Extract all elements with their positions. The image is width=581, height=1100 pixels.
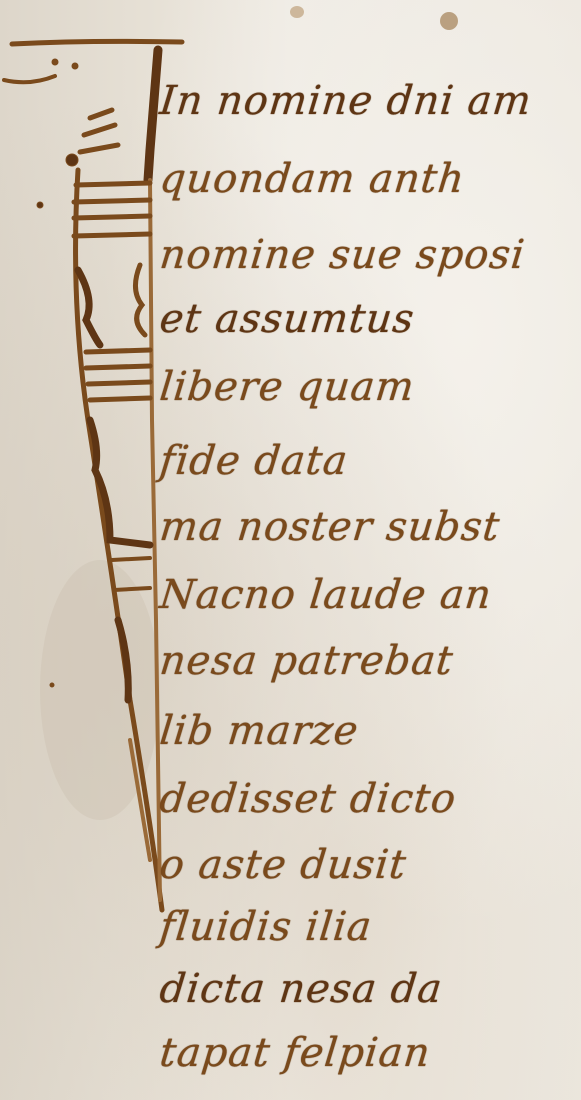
text-line: nesa patrebat — [158, 638, 456, 684]
text-line: fide data — [158, 438, 351, 484]
text-line: Nacno laude an — [158, 572, 495, 618]
text-line: dicta nesa da — [158, 966, 445, 1012]
text-line: tapat felpian — [158, 1030, 433, 1076]
text-line: ma noster subst — [158, 504, 503, 550]
text-line: libere quam — [158, 364, 417, 410]
manuscript-page: In nomine dni am quondam anth nomine sue… — [0, 0, 581, 1100]
text-line: quondam anth — [158, 156, 468, 202]
parchment-stain — [290, 6, 304, 18]
text-line: nomine sue sposi — [158, 232, 528, 278]
text-line: dedisset dicto — [158, 776, 459, 822]
text-line: lib marze — [158, 708, 361, 754]
text-line: o aste dusit — [158, 842, 409, 888]
parchment-stain — [440, 12, 458, 30]
text-line: In nomine dni am — [158, 78, 534, 124]
text-line: et assumtus — [158, 296, 417, 342]
text-line: fluidis ilia — [158, 904, 375, 950]
